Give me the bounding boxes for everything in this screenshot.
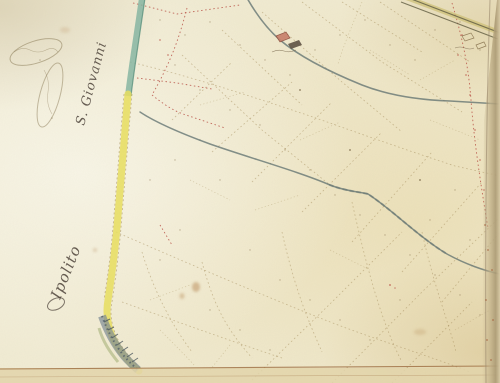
paper-texture (0, 0, 500, 383)
map-page: S. Giovanni Ipolito (0, 0, 500, 383)
map-canvas: S. Giovanni Ipolito (0, 0, 500, 383)
